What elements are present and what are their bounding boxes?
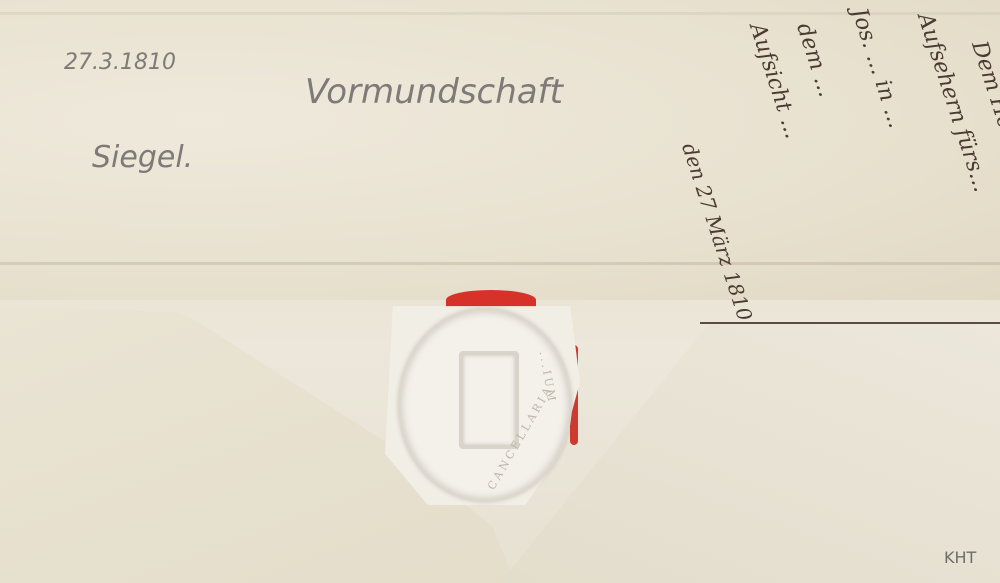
pencil-initials: KHT <box>944 548 976 567</box>
embossed-seal: ...IUM CANCELLARIA <box>398 308 572 502</box>
seal-emblem-icon <box>459 351 519 449</box>
pencil-seal-note: Siegel. <box>92 140 193 175</box>
document-scan: 27.3.1810 Vormundschaft Siegel. Dem Hoch… <box>0 0 1000 583</box>
pencil-subject: Vormundschaft <box>305 72 563 112</box>
flap-edge <box>700 322 1000 324</box>
fold-crease <box>0 262 1000 265</box>
pencil-date: 27.3.1810 <box>64 50 176 75</box>
